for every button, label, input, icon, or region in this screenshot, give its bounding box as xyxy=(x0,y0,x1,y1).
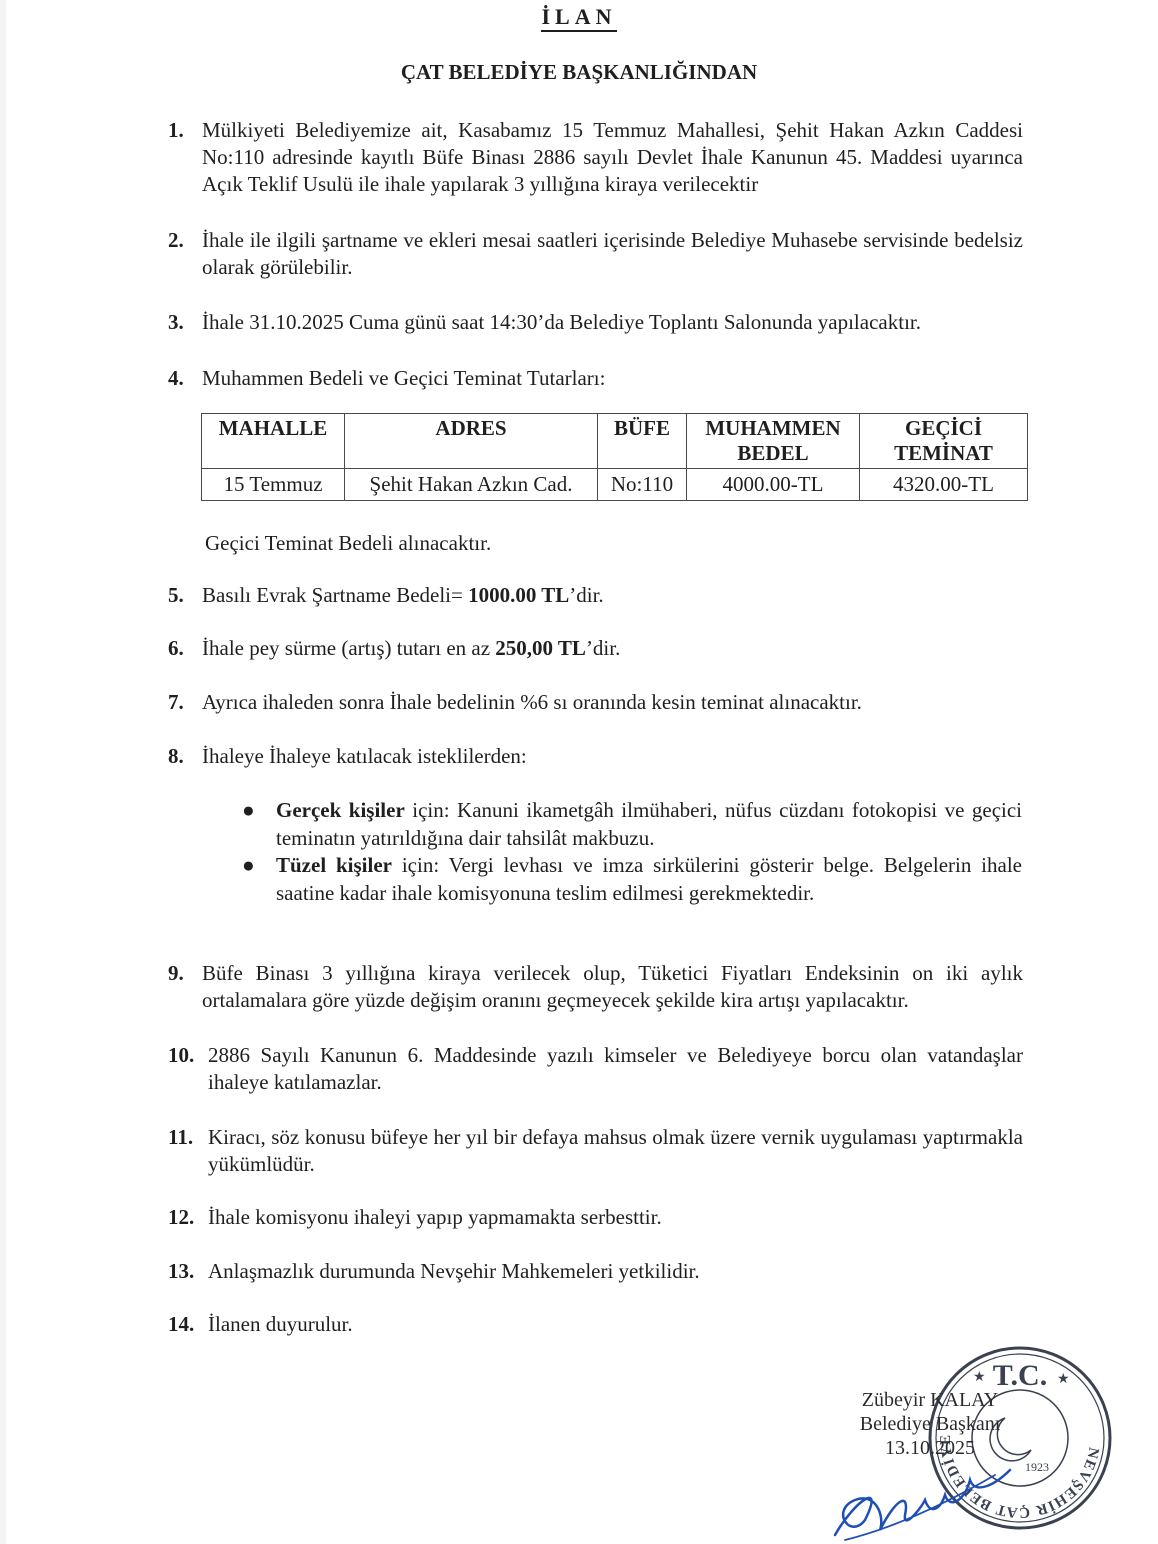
item-amount: 250,00 TL xyxy=(495,636,586,660)
column-header-gecici-teminat: GEÇİCİTEMİNAT xyxy=(860,414,1028,469)
item-1: 1. Mülkiyeti Belediyemize ait, Kasabamız… xyxy=(168,117,1023,198)
bullet-icon: ● xyxy=(242,797,255,825)
column-header-mahalle: MAHALLE xyxy=(202,414,345,469)
item-7: 7. Ayrıca ihaleden sonra İhale bedelinin… xyxy=(168,689,1023,716)
column-header-bufe: BÜFE xyxy=(598,414,687,469)
item-3: 3. İhale 31.10.2025 Cuma günü saat 14:30… xyxy=(168,309,1023,336)
item-number: 13. xyxy=(168,1258,194,1285)
item-amount: 1000.00 TL xyxy=(468,583,569,607)
handwritten-signature-icon xyxy=(825,1440,1025,1544)
item-text-part: ’dir. xyxy=(586,636,620,660)
item-14: 14. İlanen duyurulur. xyxy=(168,1311,1023,1338)
document-page: İLAN ÇAT BELEDİYE BAŞKANLIĞINDAN 1. Mülk… xyxy=(0,0,1158,1544)
item-text: Kiracı, söz konusu büfeye her yıl bir de… xyxy=(208,1124,1023,1178)
item-text: Ayrıca ihaleden sonra İhale bedelinin %6… xyxy=(202,689,1023,716)
item-text: Anlaşmazlık durumunda Nevşehir Mahkemele… xyxy=(208,1258,1023,1285)
svg-text:★: ★ xyxy=(973,1370,986,1385)
item-text: İlanen duyurulur. xyxy=(208,1311,1023,1338)
item-text-part: Basılı Evrak Şartname Bedeli= xyxy=(202,583,468,607)
issuer-heading: ÇAT BELEDİYE BAŞKANLIĞINDAN xyxy=(0,60,1158,85)
requirements-list: ● Gerçek kişiler için: Kanuni ikametgâh … xyxy=(240,797,1022,907)
item-number: 5. xyxy=(168,582,184,609)
cell-muhammen-bedel: 4000.00-TL xyxy=(687,469,860,501)
fee-table: MAHALLE ADRES BÜFE MUHAMMENBEDEL GEÇİCİT… xyxy=(201,413,1028,501)
item-11: 11. Kiracı, söz konusu büfeye her yıl bi… xyxy=(168,1124,1023,1178)
item-8: 8. İhaleye İhaleye katılacak isteklilerd… xyxy=(168,743,1023,770)
item-number: 2. xyxy=(168,227,184,254)
cell-mahalle: 15 Temmuz xyxy=(202,469,345,501)
item-number: 14. xyxy=(168,1311,194,1338)
item-text-part: ’dir. xyxy=(569,583,603,607)
item-number: 1. xyxy=(168,117,184,144)
requirement-real-persons: ● Gerçek kişiler için: Kanuni ikametgâh … xyxy=(240,797,1022,852)
item-6: 6. İhale pey sürme (artış) tutarı en az … xyxy=(168,635,1023,662)
item-text: Büfe Binası 3 yıllığına kiraya verilecek… xyxy=(202,960,1023,1014)
column-header-adres: ADRES xyxy=(345,414,598,469)
page-title: İLAN xyxy=(0,4,1158,30)
bullet-icon: ● xyxy=(242,852,255,880)
requirement-legal-persons: ● Tüzel kişiler için: Vergi levhası ve i… xyxy=(240,852,1022,907)
item-text-part: İhale pey sürme (artış) tutarı en az xyxy=(202,636,495,660)
item-number: 6. xyxy=(168,635,184,662)
item-text: İhale komisyonu ihaleyi yapıp yapmamakta… xyxy=(208,1204,1023,1231)
item-4: 4. Muhammen Bedeli ve Geçici Teminat Tut… xyxy=(168,365,1023,392)
item-12: 12. İhale komisyonu ihaleyi yapıp yapmam… xyxy=(168,1204,1023,1231)
svg-text:★: ★ xyxy=(1057,1372,1070,1387)
item-13: 13. Anlaşmazlık durumunda Nevşehir Mahke… xyxy=(168,1258,1023,1285)
item-number: 9. xyxy=(168,960,184,987)
item-text: İhale 31.10.2025 Cuma günü saat 14:30’da… xyxy=(202,309,1023,336)
item-9: 9. Büfe Binası 3 yıllığına kiraya verile… xyxy=(168,960,1023,1014)
item-number: 7. xyxy=(168,689,184,716)
item-number: 10. xyxy=(168,1042,194,1069)
requirement-label: Gerçek kişiler xyxy=(276,798,405,822)
signatory-name: Zübeyir KALAY xyxy=(840,1388,1020,1412)
cell-adres: Şehit Hakan Azkın Cad. xyxy=(345,469,598,501)
item-text: İhaleye İhaleye katılacak isteklilerden: xyxy=(202,743,1023,770)
item-text: 2886 Sayılı Kanunun 6. Maddesinde yazılı… xyxy=(208,1042,1023,1096)
item-2: 2. İhale ile ilgili şartname ve ekleri m… xyxy=(168,227,1023,281)
requirement-label: Tüzel kişiler xyxy=(276,853,392,877)
item-text: Basılı Evrak Şartname Bedeli= 1000.00 TL… xyxy=(202,582,1023,609)
table-header-row: MAHALLE ADRES BÜFE MUHAMMENBEDEL GEÇİCİT… xyxy=(202,414,1028,469)
item-text: İhale pey sürme (artış) tutarı en az 250… xyxy=(202,635,1023,662)
table-row: 15 TemmuzŞehit Hakan Azkın Cad.No:110400… xyxy=(202,469,1028,501)
signatory-role: Belediye Başkanı xyxy=(840,1412,1020,1436)
item-text: Mülkiyeti Belediyemize ait, Kasabamız 15… xyxy=(202,117,1023,198)
item-10: 10. 2886 Sayılı Kanunun 6. Maddesinde ya… xyxy=(168,1042,1023,1096)
cell-bufe: No:110 xyxy=(598,469,687,501)
table-note: Geçici Teminat Bedeli alınacaktır. xyxy=(205,531,491,556)
svg-text:1923: 1923 xyxy=(1025,1460,1049,1474)
title-text: İLAN xyxy=(541,4,616,32)
item-number: 12. xyxy=(168,1204,194,1231)
item-text: İhale ile ilgili şartname ve ekleri mesa… xyxy=(202,227,1023,281)
column-header-muhammen-bedel: MUHAMMENBEDEL xyxy=(687,414,860,469)
item-text: Muhammen Bedeli ve Geçici Teminat Tutarl… xyxy=(202,365,1023,392)
item-number: 3. xyxy=(168,309,184,336)
scan-edge xyxy=(0,0,6,1544)
item-number: 11. xyxy=(168,1124,193,1151)
item-5: 5. Basılı Evrak Şartname Bedeli= 1000.00… xyxy=(168,582,1023,609)
cell-gecici-teminat: 4320.00-TL xyxy=(860,469,1028,501)
item-number: 4. xyxy=(168,365,184,392)
item-number: 8. xyxy=(168,743,184,770)
